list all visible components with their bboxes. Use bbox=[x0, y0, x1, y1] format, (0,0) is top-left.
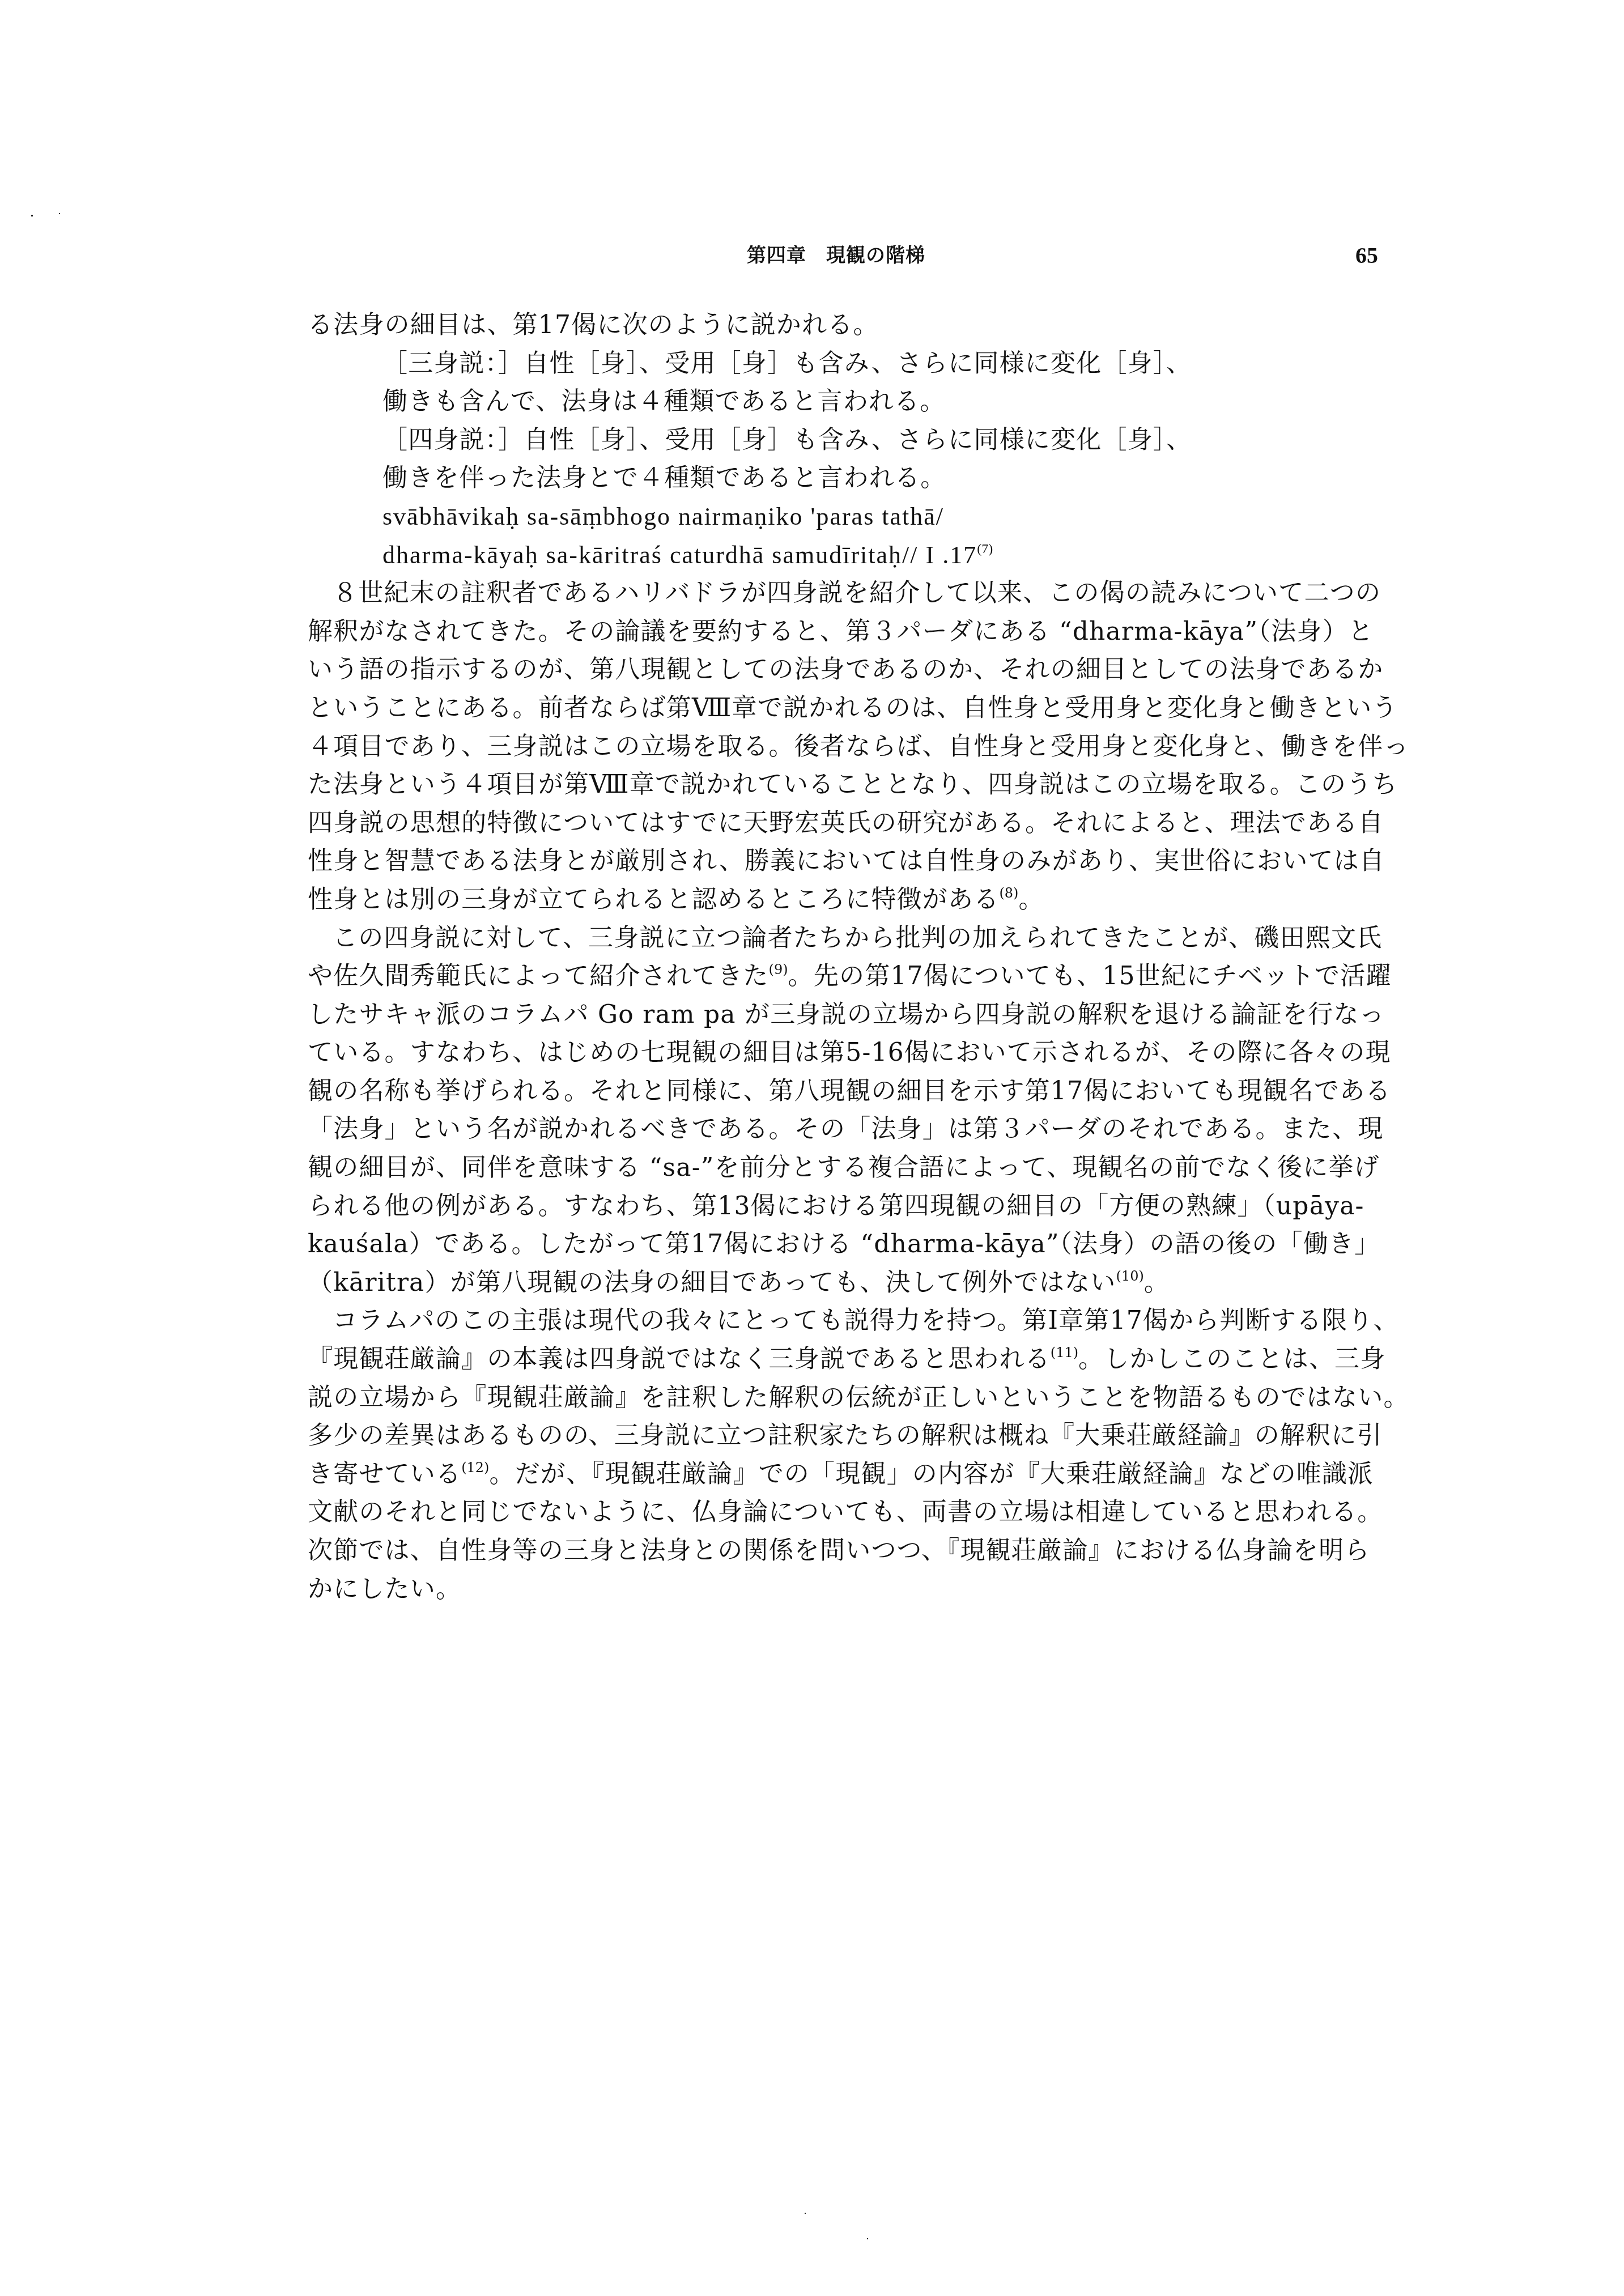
text-line: 説の立場から『現観荘厳論』を註釈した解釈の伝統が正しいということを物語るものでは… bbox=[308, 1379, 1401, 1417]
text-line: 次節では、自性身等の三身と法身との関係を問いつつ、『現観荘厳論』における仏身論を… bbox=[308, 1532, 1401, 1570]
text-line: ている。すなわち、はじめの七現観の細目は第5-16偈において示されるが、その際に… bbox=[308, 1034, 1401, 1072]
text-line: き寄せている(12)。だが、『現観荘厳論』での「現観」の内容が『大乗荘厳経論』な… bbox=[308, 1455, 1401, 1494]
text-line: かにしたい。 bbox=[308, 1570, 1401, 1609]
sanskrit-verse-line: dharma-kāyaḥ sa-kāritraś caturdhā samudī… bbox=[308, 536, 1401, 575]
text-line: ４項目であり、三身説はこの立場を取る。後者ならば、自性身と受用身と変化身と、働き… bbox=[308, 728, 1401, 766]
sanskrit-verse-line: svābhāvikaḥ sa-sāṃbhogo nairmaṇiko 'para… bbox=[308, 498, 1401, 536]
paragraph-start-line: ８世紀末の註釈者であるハリバドラが四身説を紹介して以来、この偈の読みについて二つ… bbox=[308, 574, 1401, 613]
footnote-marker: (10) bbox=[1116, 1268, 1144, 1284]
text-line: 「法身」という名が説かれるべきである。その「法身」は第３パーダのそれである。また… bbox=[308, 1110, 1401, 1149]
text-line: 『現観荘厳論』の本義は四身説ではなく三身説であると思われる(11)。しかしこのこ… bbox=[308, 1340, 1401, 1379]
document-page: 第四章 現観の階梯 65 る法身の細目は、第17偈に次のように説かれる。 ［三身… bbox=[0, 0, 1624, 2296]
verse-line: 働きを伴った法身とで４種類であると言われる。 bbox=[308, 459, 1401, 498]
body-text: る法身の細目は、第17偈に次のように説かれる。 ［三身説：］自性［身］、受用［身… bbox=[308, 306, 1401, 1608]
scan-speck bbox=[31, 215, 33, 216]
page-number: 65 bbox=[1355, 241, 1378, 270]
verse-line-sanshin: ［三身説：］自性［身］、受用［身］も含み、さらに同様に変化［身］、 bbox=[308, 345, 1401, 383]
text-line: 観の名称も挙げられる。それと同様に、第八現観の細目を示す第17偈においても現観名… bbox=[308, 1072, 1401, 1111]
scan-speck bbox=[867, 2238, 868, 2239]
text-line: kauśala）である。したがって第17偈における “dharma-kāya”（… bbox=[308, 1225, 1401, 1264]
verse-line: 働きも含んで、法身は４種類であると言われる。 bbox=[308, 382, 1401, 421]
text-line: （kāritra）が第八現観の法身の細目であっても、決して例外ではない(10)。 bbox=[308, 1264, 1401, 1302]
running-head-chapter-title: 第四章 現観の階梯 bbox=[747, 241, 925, 270]
paragraph-start-line: この四身説に対して、三身説に立つ論者たちから批判の加えられてきたことが、磯田熙文… bbox=[308, 919, 1401, 958]
footnote-marker: (7) bbox=[977, 542, 993, 556]
footnote-marker: (9) bbox=[769, 962, 788, 977]
scan-speck bbox=[59, 213, 60, 214]
text-line: 文献のそれと同じでないように、仏身論についても、両書の立場は相違していると思われ… bbox=[308, 1493, 1401, 1532]
footnote-marker: (8) bbox=[999, 885, 1018, 901]
footnote-marker: (12) bbox=[461, 1460, 489, 1476]
text-line: られる他の例がある。すなわち、第13偈における第四現観の細目の「方便の熟練」（u… bbox=[308, 1187, 1401, 1226]
text-line: 性身と智慧である法身とが厳別され、勝義においては自性身のみがあり、実世俗において… bbox=[308, 842, 1401, 881]
footnote-marker: (11) bbox=[1051, 1345, 1078, 1360]
text-line: いう語の指示するのが、第八現観としての法身であるのか、それの細目としての法身であ… bbox=[308, 650, 1401, 689]
text-line: 多少の差異はあるものの、三身説に立つ註釈家たちの解釈は概ね『大乗荘厳経論』の解釈… bbox=[308, 1417, 1401, 1455]
text-line: 性身とは別の三身が立てられると認めるところに特徴がある(8)。 bbox=[308, 881, 1401, 919]
text-line: 四身説の思想的特徴についてはすでに天野宏英氏の研究がある。それによると、理法であ… bbox=[308, 804, 1401, 843]
text-line: 観の細目が、同伴を意味する “sa-”を前分とする複合語によって、現観名の前でな… bbox=[308, 1149, 1401, 1187]
scan-speck bbox=[805, 2213, 806, 2214]
text-line: 解釈がなされてきた。その論議を要約すると、第３パーダにある “dharma-kā… bbox=[308, 613, 1401, 651]
text-line: や佐久間秀範氏によって紹介されてきた(9)。先の第17偈についても、15世紀にチ… bbox=[308, 957, 1401, 996]
verse-line-shishin: ［四身説：］自性［身］、受用［身］も含み、さらに同様に変化［身］、 bbox=[308, 421, 1401, 460]
text-line: た法身という４項目が第Ⅷ章で説かれていることとなり、四身説はこの立場を取る。この… bbox=[308, 766, 1401, 804]
text-line: ということにある。前者ならば第Ⅷ章で説かれるのは、自性身と受用身と変化身と働きと… bbox=[308, 689, 1401, 728]
paragraph-start-line: コラムパのこの主張は現代の我々にとっても説得力を持つ。第Ⅰ章第17偈から判断する… bbox=[308, 1302, 1401, 1340]
text-line: る法身の細目は、第17偈に次のように説かれる。 bbox=[308, 306, 1401, 345]
text-line: したサキャ派のコラムパ Go ram pa が三身説の立場から四身説の解釈を退け… bbox=[308, 996, 1401, 1034]
